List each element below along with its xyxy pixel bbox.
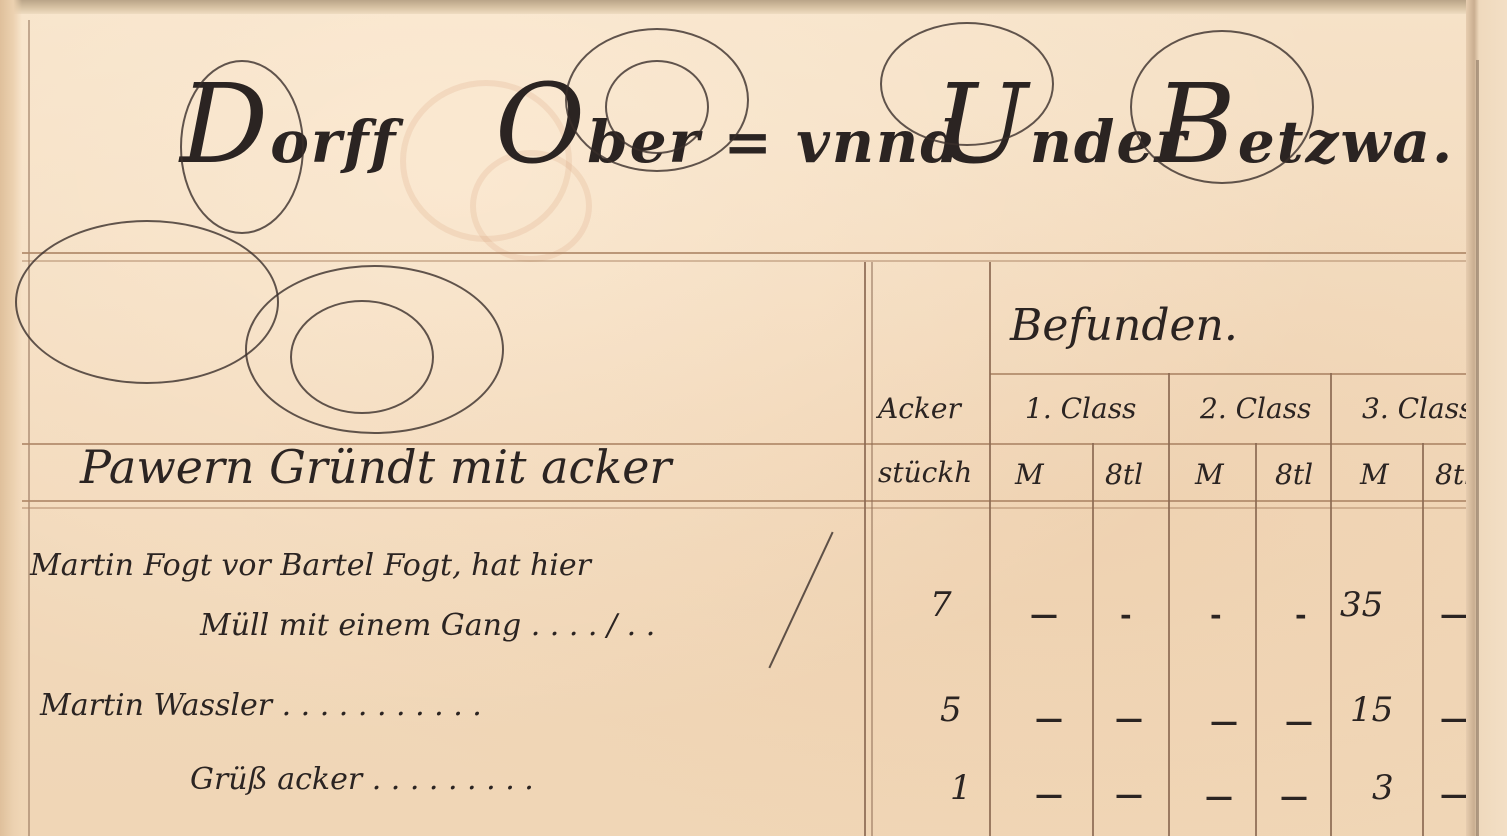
class-3-header: 3. Class	[1362, 392, 1473, 425]
class-2-unit-8: 8tl	[1275, 458, 1313, 491]
class-2-header: 2. Class	[1200, 392, 1311, 425]
class-3-unit-m: M	[1360, 458, 1389, 491]
entry-1-c1-m: —	[1030, 598, 1058, 631]
class-1-unit-m: M	[1015, 458, 1044, 491]
page-gutter-fold	[1466, 0, 1507, 836]
entry-2-c1-8: —	[1115, 702, 1143, 735]
entry-3-c1-8: —	[1115, 778, 1143, 811]
entry-3-c2-8: —	[1280, 780, 1308, 813]
column-rule	[871, 262, 873, 836]
entry-3-acker: 1	[950, 768, 972, 808]
diagonal-stroke	[768, 532, 833, 669]
page-top-edge	[0, 0, 1507, 14]
acker-header-line1: Acker	[878, 392, 961, 425]
column-rule	[864, 262, 866, 836]
class-1-header: 1. Class	[1025, 392, 1136, 425]
entry-2-c2-8: —	[1285, 705, 1313, 738]
entry-3-line-1: Grüß acker . . . . . . . . .	[190, 762, 534, 797]
befunden-header: Befunden.	[1010, 300, 1238, 351]
left-margin-rule	[28, 20, 30, 836]
column-rule	[1092, 443, 1094, 836]
class-1-unit-8: 8tl	[1105, 458, 1143, 491]
entry-1-c3-m: 35	[1340, 585, 1383, 625]
entry-1-c2-8: -	[1295, 598, 1307, 631]
header-text-pawern: awern Gründt mit acker	[109, 440, 672, 494]
column-rule	[989, 262, 991, 836]
left-column-header: Pawern Gründt mit acker	[80, 440, 671, 494]
calligraphic-flourish	[15, 220, 279, 384]
calligraphic-flourish	[180, 60, 304, 234]
entry-3-c3-8: —	[1440, 778, 1468, 811]
befunden-rule	[990, 373, 1470, 375]
entry-1-c3-8: —	[1440, 598, 1468, 631]
entry-2-c2-m: —	[1210, 705, 1238, 738]
entry-2-c3-8: —	[1440, 702, 1468, 735]
column-rule	[1422, 443, 1424, 836]
calligraphic-flourish	[290, 300, 434, 414]
entry-2-acker: 5	[940, 690, 962, 730]
header-initial-b: P	[80, 440, 109, 494]
calligraphic-flourish	[880, 22, 1054, 146]
page-left-edge	[0, 0, 22, 836]
entry-2-line-1: Martin Wassler . . . . . . . . . . .	[40, 688, 482, 723]
entry-2-c3-m: 15	[1350, 690, 1393, 730]
entry-1-acker: 7	[930, 585, 952, 625]
entry-1-line-1: Martin Fogt vor Bartel Fogt, hat hier	[30, 548, 591, 583]
column-rule	[1255, 443, 1257, 836]
calligraphic-flourish	[605, 60, 709, 154]
manuscript-page: Dorff Ober = vnnd Under Betzwa. Pawern G…	[0, 0, 1507, 836]
column-rule	[1330, 373, 1332, 836]
column-rule	[1168, 373, 1170, 836]
entry-1-c1-8: -	[1120, 598, 1132, 631]
acker-header-line2: stückh	[878, 456, 972, 489]
entry-1-line-2: Müll mit einem Gang . . . . / . .	[200, 608, 655, 643]
class-2-unit-m: M	[1195, 458, 1224, 491]
entry-3-c2-m: —	[1205, 780, 1233, 813]
entry-1-c2-m: -	[1210, 598, 1222, 631]
entry-3-c1-m: —	[1035, 778, 1063, 811]
entry-2-c1-m: —	[1035, 702, 1063, 735]
gutter-shadow-line	[1476, 60, 1479, 836]
calligraphic-flourish	[1130, 30, 1314, 184]
entry-3-c3-m: 3	[1372, 768, 1394, 808]
